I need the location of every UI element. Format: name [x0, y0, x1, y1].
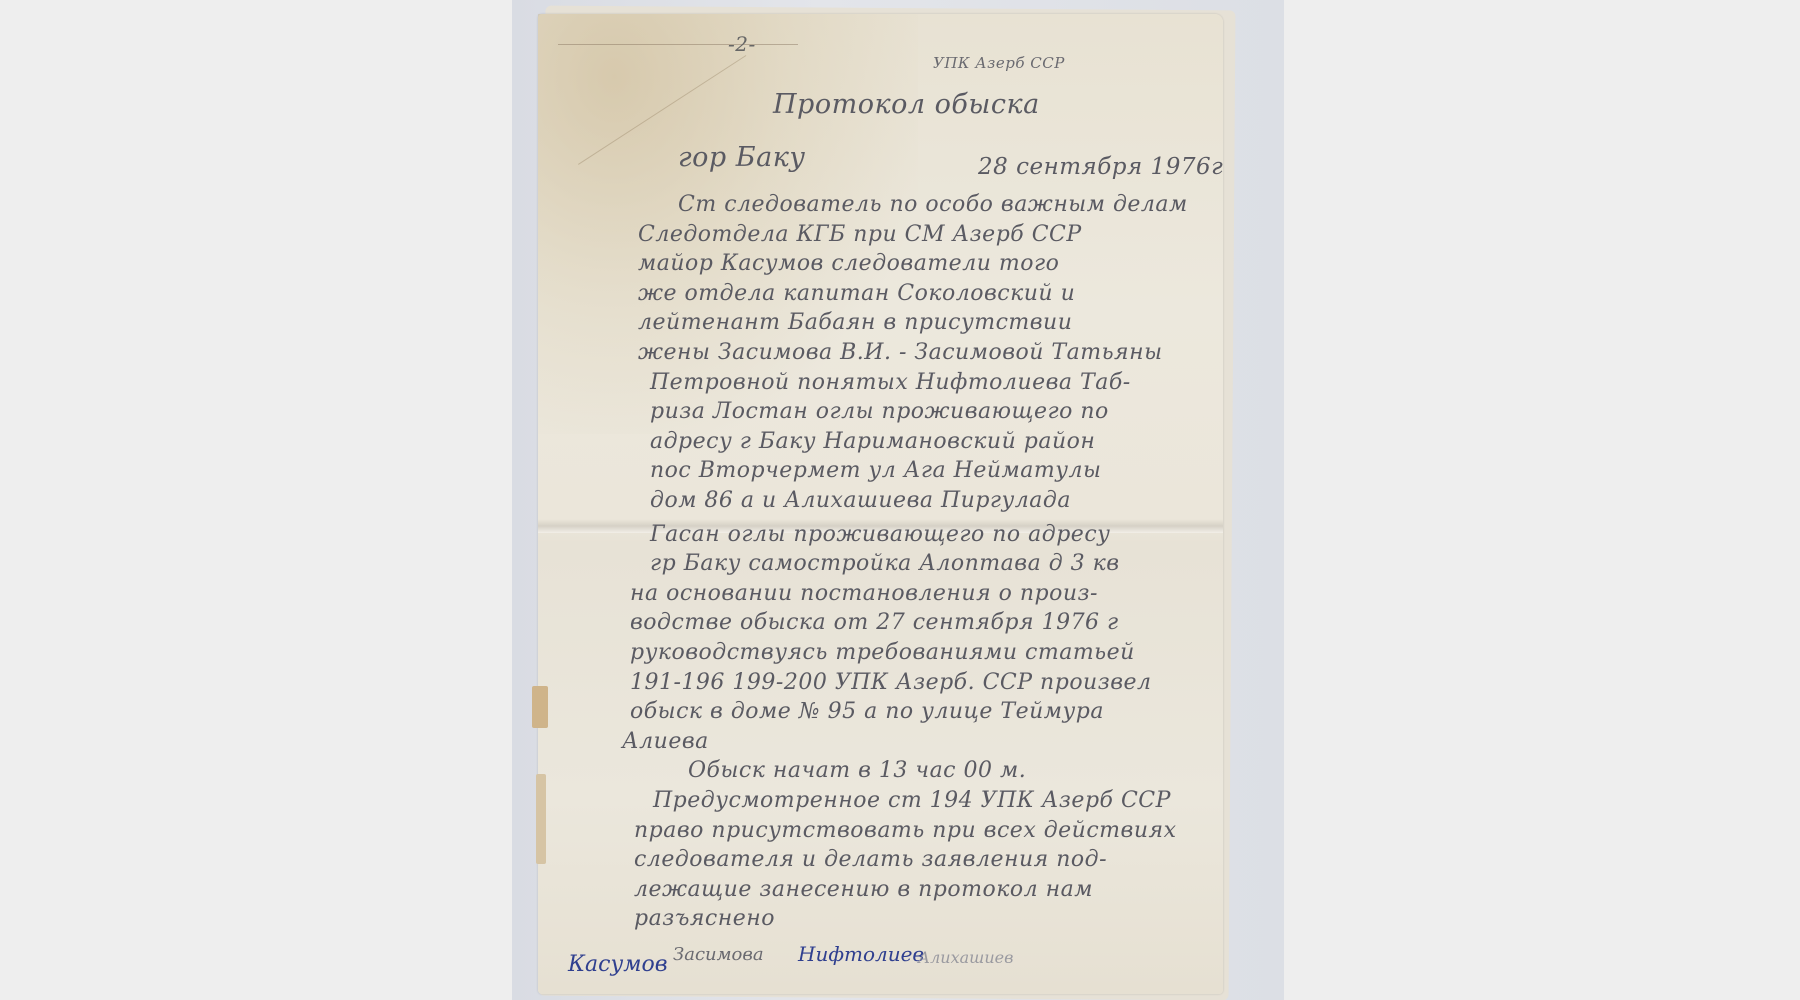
document-date: 28 сентября 1976г [978, 154, 1223, 180]
document-photo: -2- УПК Азерб ССР Протокол обыска гор Ба… [512, 0, 1284, 1000]
header-note: УПК Азерб ССР [933, 54, 1065, 72]
body-line: руководствуясь требованиями статьей [630, 640, 1135, 665]
paper-sheet: -2- УПК Азерб ССР Протокол обыска гор Ба… [538, 14, 1223, 994]
body-line: Следотдела КГБ при СМ Азерб ССР [638, 222, 1082, 247]
body-line: обыск в доме № 95 а по улице Теймура [630, 699, 1104, 724]
body-line: лейтенант Бабаян в присутствии [638, 310, 1072, 335]
body-line: Обыск начат в 13 час 00 м. [688, 758, 1026, 783]
body-line: 191-196 199-200 УПК Азерб. ССР произвел [630, 670, 1152, 695]
body-line: адресу г Баку Наримановский район [650, 429, 1095, 454]
torn-edge [536, 774, 546, 864]
body-line: дом 86 а и Алихашиева Пиргулада [650, 488, 1071, 513]
body-line: Петровной понятых Нифтолиева Таб- [650, 370, 1131, 395]
document-title: Протокол обыска [773, 89, 1040, 120]
torn-edge [532, 686, 548, 728]
body-line: лежащие занесению в протокол нам [634, 877, 1093, 902]
body-line: право присутствовать при всех действиях [634, 818, 1176, 843]
signature: Касумов [568, 952, 668, 977]
body-line: жены Засимова В.И. - Засимовой Татьяны [638, 340, 1163, 365]
body-line: Предусмотренное ст 194 УПК Азерб ССР [653, 788, 1171, 813]
body-line: риза Лостан оглы проживающего по [650, 399, 1109, 424]
signature: Засимова [673, 944, 764, 965]
body-line: разъяснено [634, 906, 775, 931]
body-line: пос Вторчермет ул Ага Нейматулы [650, 458, 1101, 483]
document-city: гор Баку [678, 142, 806, 173]
page-number: -2- [728, 32, 756, 56]
signature: Нифтолиев [798, 942, 924, 966]
body-line: на основании постановления о произ- [630, 581, 1098, 606]
body-line: гр Баку самостройка Алоптава д 3 кв [650, 551, 1120, 576]
body-line: Алиева [622, 729, 709, 754]
body-line: майор Касумов следователи того [638, 251, 1059, 276]
ruled-line [558, 44, 798, 45]
body-line: же отдела капитан Соколовский и [638, 281, 1075, 306]
body-line: Гасан оглы проживающего по адресу [650, 522, 1110, 547]
signature: Алихашиев [918, 948, 1013, 967]
body-line: водстве обыска от 27 сентября 1976 г [630, 610, 1119, 635]
body-line: Ст следователь по особо важным делам [678, 192, 1188, 217]
body-line: следователя и делать заявления под- [634, 847, 1107, 872]
